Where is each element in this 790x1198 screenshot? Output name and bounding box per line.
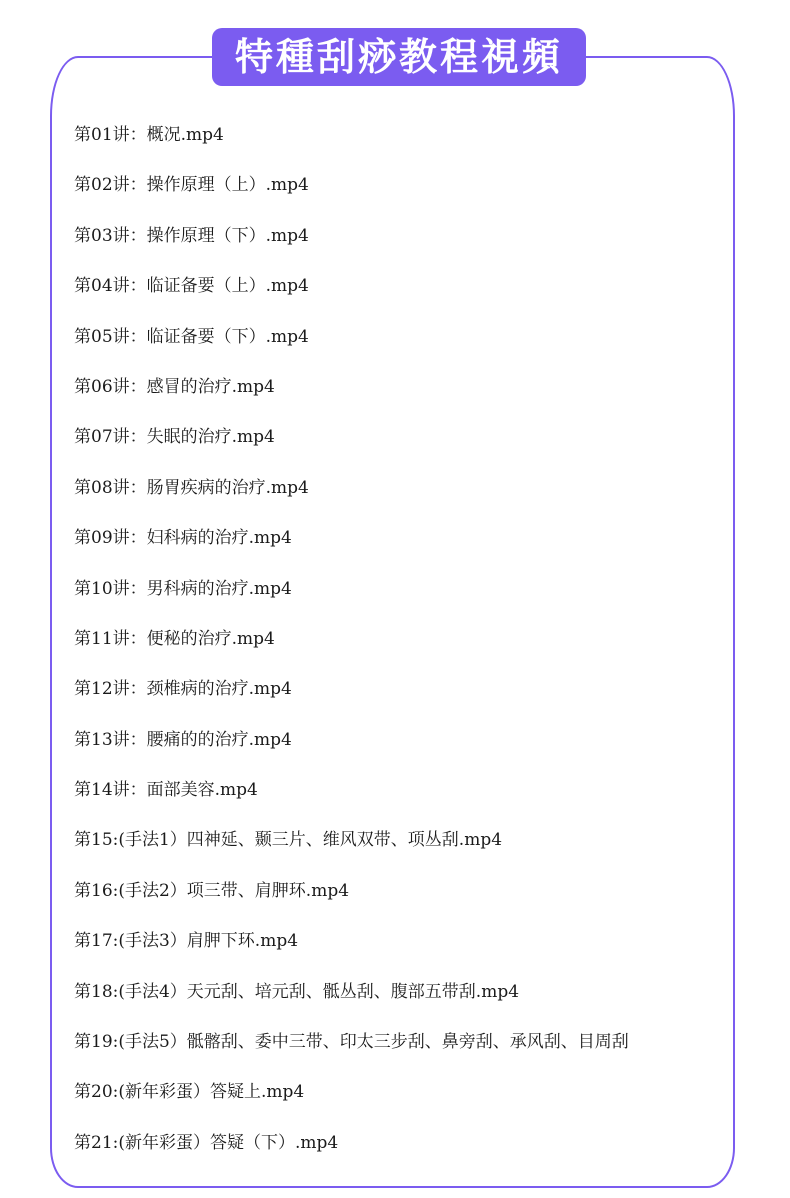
list-item[interactable]: 第17:(手法3）肩胛下环.mp4 — [74, 928, 734, 978]
lesson-file: (手法3）肩胛下环.mp4 — [118, 931, 298, 951]
lesson-number: 第20: — [74, 1082, 118, 1102]
title-banner: 特種刮痧教程視頻 — [212, 28, 586, 86]
list-item[interactable]: 第01讲：概况.mp4 — [74, 122, 734, 172]
lesson-file: (手法5）骶髂刮、委中三带、印太三步刮、鼻旁刮、承风刮、目周刮 — [118, 1032, 628, 1052]
lesson-number: 第11讲： — [74, 629, 147, 649]
lesson-file: 男科病的治疗.mp4 — [147, 579, 292, 599]
lesson-file: 面部美容.mp4 — [147, 780, 258, 800]
list-item[interactable]: 第06讲：感冒的治疗.mp4 — [74, 374, 734, 424]
lesson-number: 第19: — [74, 1032, 118, 1052]
lesson-number: 第01讲： — [74, 125, 147, 145]
lesson-number: 第14讲： — [74, 780, 147, 800]
lesson-file: 腰痛的的治疗.mp4 — [147, 730, 292, 750]
list-item[interactable]: 第14讲：面部美容.mp4 — [74, 777, 734, 827]
lesson-file: (新年彩蛋）答疑上.mp4 — [118, 1082, 304, 1102]
list-item[interactable]: 第16:(手法2）项三带、肩胛环.mp4 — [74, 878, 734, 928]
lesson-file: (手法1）四神延、颞三片、维风双带、项丛刮.mp4 — [118, 830, 502, 850]
lesson-number: 第10讲： — [74, 579, 147, 599]
lesson-file: (手法4）天元刮、培元刮、骶丛刮、腹部五带刮.mp4 — [118, 982, 519, 1002]
list-item[interactable]: 第15:(手法1）四神延、颞三片、维风双带、项丛刮.mp4 — [74, 827, 734, 877]
list-item[interactable]: 第04讲：临证备要（上）.mp4 — [74, 273, 734, 323]
lesson-file: 妇科病的治疗.mp4 — [147, 528, 292, 548]
lesson-file: 概况.mp4 — [147, 125, 224, 145]
lesson-number: 第05讲： — [74, 327, 147, 347]
list-item[interactable]: 第02讲：操作原理（上）.mp4 — [74, 172, 734, 222]
lesson-file: 便秘的治疗.mp4 — [147, 629, 275, 649]
list-item[interactable]: 第19:(手法5）骶髂刮、委中三带、印太三步刮、鼻旁刮、承风刮、目周刮 — [74, 1029, 734, 1079]
lesson-number: 第15: — [74, 830, 118, 850]
lesson-file: 感冒的治疗.mp4 — [147, 377, 275, 397]
list-item[interactable]: 第13讲：腰痛的的治疗.mp4 — [74, 727, 734, 777]
lesson-number: 第08讲： — [74, 478, 147, 498]
lesson-file: 临证备要（下）.mp4 — [147, 327, 309, 347]
lesson-number: 第04讲： — [74, 276, 147, 296]
list-item[interactable]: 第21:(新年彩蛋）答疑（下）.mp4 — [74, 1130, 734, 1180]
lesson-list: 第01讲：概况.mp4 第02讲：操作原理（上）.mp4 第03讲：操作原理（下… — [74, 122, 734, 1180]
list-item[interactable]: 第20:(新年彩蛋）答疑上.mp4 — [74, 1079, 734, 1129]
lesson-number: 第06讲： — [74, 377, 147, 397]
page-title: 特種刮痧教程視頻 — [235, 38, 563, 76]
lesson-file: 失眠的治疗.mp4 — [147, 427, 275, 447]
lesson-number: 第16: — [74, 881, 118, 901]
list-item[interactable]: 第03讲：操作原理（下）.mp4 — [74, 223, 734, 273]
lesson-file: 操作原理（下）.mp4 — [147, 226, 309, 246]
lesson-number: 第07讲： — [74, 427, 147, 447]
lesson-number: 第12讲： — [74, 679, 147, 699]
lesson-file: 颈椎病的治疗.mp4 — [147, 679, 292, 699]
lesson-file: (新年彩蛋）答疑（下）.mp4 — [118, 1133, 338, 1153]
lesson-number: 第17: — [74, 931, 118, 951]
lesson-file: 临证备要（上）.mp4 — [147, 276, 309, 296]
lesson-number: 第09讲： — [74, 528, 147, 548]
list-item[interactable]: 第08讲：肠胃疾病的治疗.mp4 — [74, 475, 734, 525]
list-item[interactable]: 第05讲：临证备要（下）.mp4 — [74, 324, 734, 374]
lesson-number: 第21: — [74, 1133, 118, 1153]
list-item[interactable]: 第09讲：妇科病的治疗.mp4 — [74, 525, 734, 575]
lesson-file: 操作原理（上）.mp4 — [147, 175, 309, 195]
lesson-number: 第13讲： — [74, 730, 147, 750]
lesson-file: (手法2）项三带、肩胛环.mp4 — [118, 881, 349, 901]
lesson-number: 第18: — [74, 982, 118, 1002]
list-item[interactable]: 第11讲：便秘的治疗.mp4 — [74, 626, 734, 676]
list-item[interactable]: 第18:(手法4）天元刮、培元刮、骶丛刮、腹部五带刮.mp4 — [74, 979, 734, 1029]
list-item[interactable]: 第07讲：失眠的治疗.mp4 — [74, 424, 734, 474]
lesson-number: 第02讲： — [74, 175, 147, 195]
list-item[interactable]: 第10讲：男科病的治疗.mp4 — [74, 576, 734, 626]
list-item[interactable]: 第12讲：颈椎病的治疗.mp4 — [74, 676, 734, 726]
lesson-number: 第03讲： — [74, 226, 147, 246]
lesson-file: 肠胃疾病的治疗.mp4 — [147, 478, 309, 498]
